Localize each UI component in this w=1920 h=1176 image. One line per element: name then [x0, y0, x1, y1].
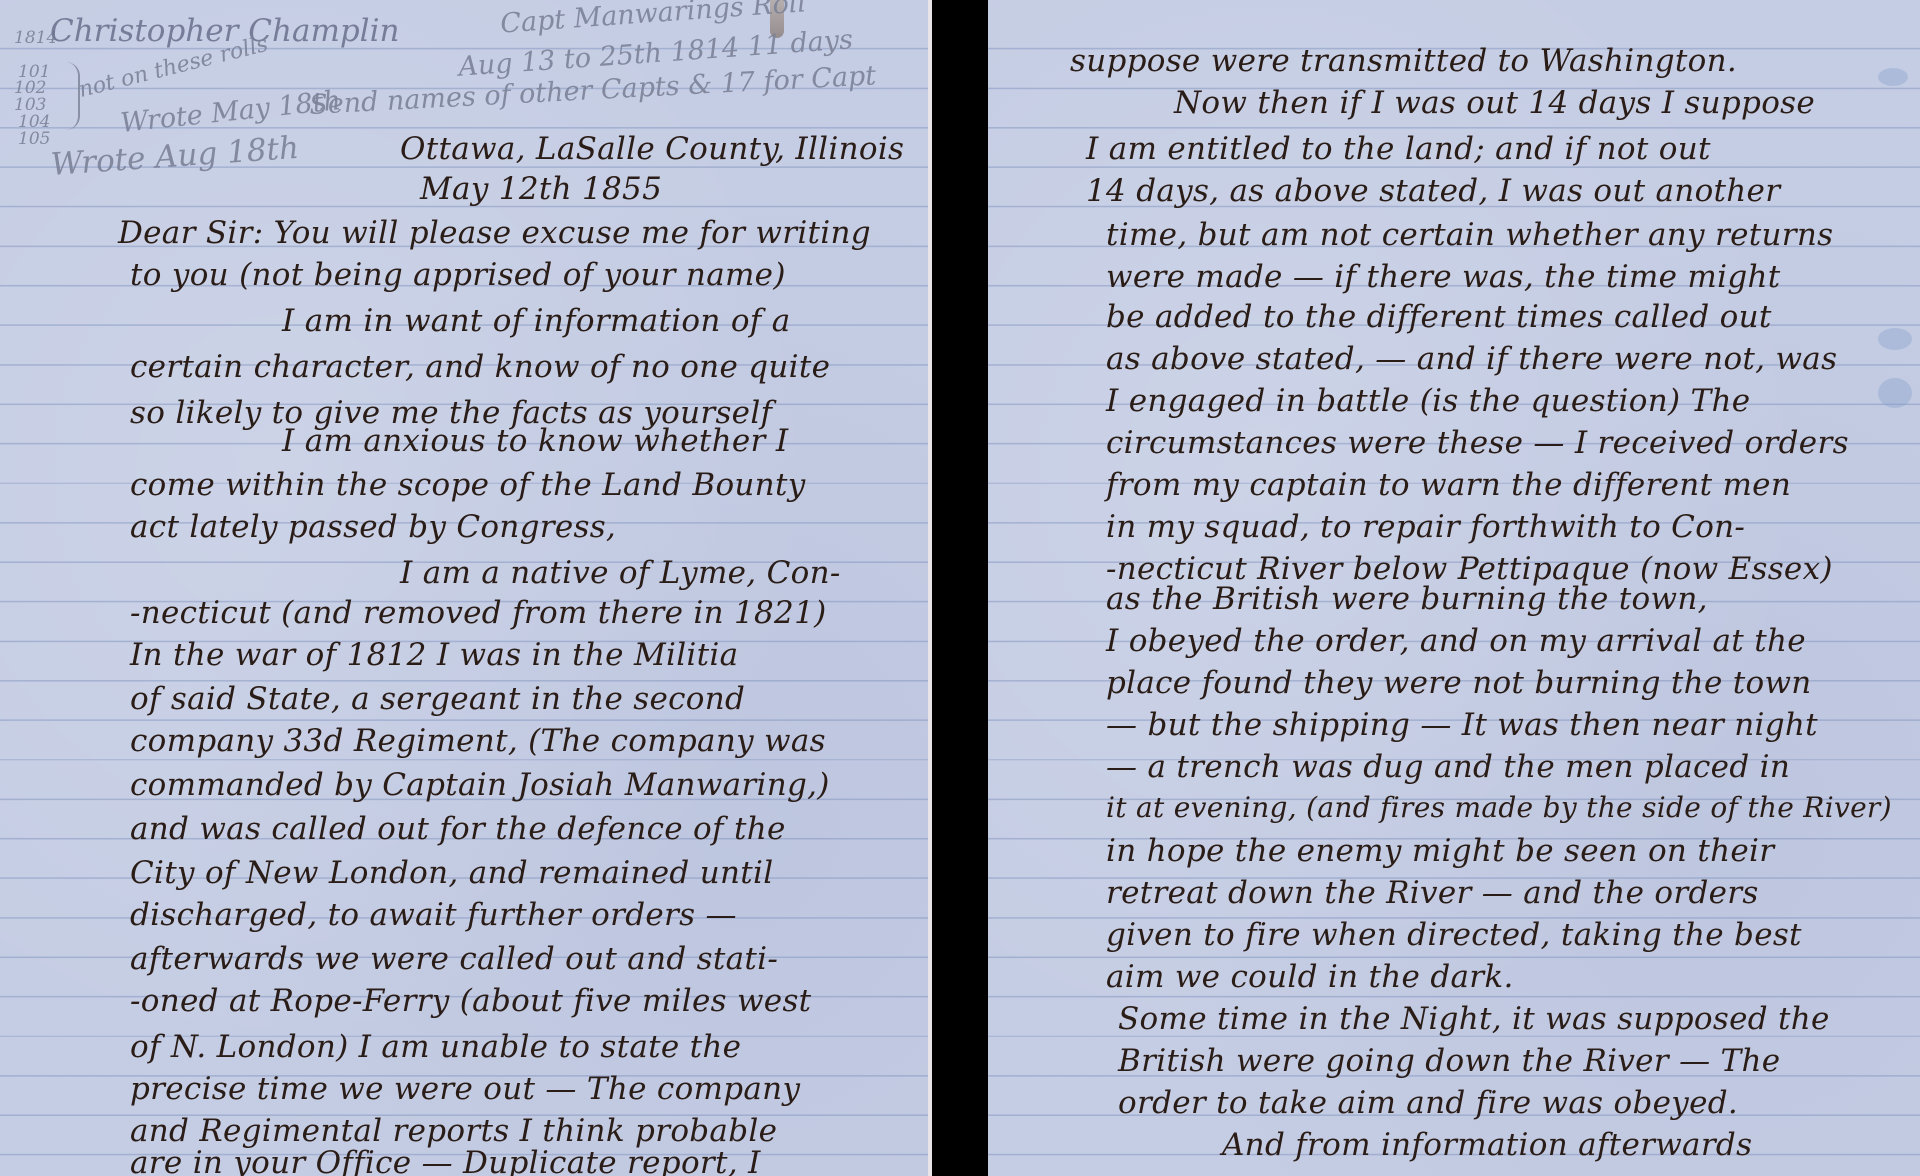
letter-line: were made — if there was, the time might: [1106, 262, 1781, 293]
letter-line: commanded by Captain Josiah Manwaring,): [130, 770, 830, 801]
pencil-brace: [66, 62, 80, 130]
letter-line: suppose were transmitted to Washington.: [1070, 46, 1737, 77]
letter-line: Some time in the Night, it was supposed …: [1118, 1004, 1830, 1035]
letter-line: order to take aim and fire was obeyed.: [1118, 1088, 1738, 1119]
letter-line: 14 days, as above stated, I was out anot…: [1086, 176, 1780, 207]
letter-line: come within the scope of the Land Bounty: [130, 470, 806, 501]
letter-line: discharged, to await further orders —: [130, 900, 737, 931]
letter-page-right: suppose were transmitted to Washington. …: [988, 0, 1920, 1176]
letter-line: circumstances were these — I received or…: [1106, 428, 1849, 459]
letter-line: — but the shipping — It was then near ni…: [1106, 710, 1818, 741]
letter-date: May 12th 1855: [420, 174, 662, 205]
water-stain: [1878, 378, 1912, 408]
letter-line: afterwards we were called out and stati-: [130, 944, 778, 975]
letter-line: company 33d Regiment, (The company was: [130, 726, 826, 757]
letter-line: I obeyed the order, and on my arrival at…: [1106, 626, 1806, 657]
letter-line: as above stated, — and if there were not…: [1106, 344, 1837, 375]
letter-line: British were going down the River — The: [1118, 1046, 1780, 1077]
letter-line: And from information afterwards: [1222, 1130, 1752, 1161]
letter-line: retreat down the River — and the orders: [1106, 878, 1759, 909]
letter-line: it at evening, (and fires made by the si…: [1106, 794, 1892, 822]
letter-line: and Regimental reports I think probable: [130, 1116, 777, 1147]
letter-line: in my squad, to repair forthwith to Con-: [1106, 512, 1745, 543]
letter-line: from my captain to warn the different me…: [1106, 470, 1791, 501]
letter-line: Now then if I was out 14 days I suppose: [1174, 88, 1815, 119]
letter-line: in hope the enemy might be seen on their: [1106, 836, 1774, 867]
letter-place: Ottawa, LaSalle County, Illinois: [400, 134, 904, 165]
letter-line: aim we could in the dark.: [1106, 962, 1514, 993]
letter-line: City of New London, and remained until: [130, 858, 773, 889]
letter-line: In the war of 1812 I was in the Militia: [130, 640, 738, 671]
letter-line: certain character, and know of no one qu…: [130, 352, 830, 383]
letter-line: I am a native of Lyme, Con-: [400, 558, 841, 589]
letter-line: are in your Office — Duplicate report, I: [130, 1148, 761, 1176]
letter-line: I am anxious to know whether I: [282, 426, 788, 457]
pencil-wrote-aug: Wrote Aug 18th: [50, 133, 300, 181]
water-stain: [1878, 68, 1908, 86]
letter-line: act lately passed by Congress,: [130, 512, 616, 543]
letter-line: and was called out for the defence of th…: [130, 814, 786, 845]
letter-line: of N. London) I am unable to state the: [130, 1032, 741, 1063]
page-divider: [932, 0, 988, 1176]
letter-line: precise time we were out — The company: [130, 1074, 800, 1105]
letter-line: place found they were not burning the to…: [1106, 668, 1812, 699]
letter-line: of said State, a sergeant in the second: [130, 684, 745, 715]
letter-page-left: 1814 Christopher Champlin 101 102 103 10…: [0, 0, 932, 1176]
letter-line: I engaged in battle (is the question) Th…: [1106, 386, 1750, 417]
letter-line: be added to the different times called o…: [1106, 302, 1772, 333]
letter-line: Dear Sir: You will please excuse me for …: [118, 218, 871, 249]
letter-line: time, but am not certain whether any ret…: [1106, 220, 1833, 251]
letter-line: given to fire when directed, taking the …: [1106, 920, 1802, 951]
roll-number: 105: [18, 131, 50, 148]
letter-line: — a trench was dug and the men placed in: [1106, 752, 1790, 783]
letter-line: -necticut (and removed from there in 182…: [130, 598, 827, 629]
water-stain: [1878, 328, 1912, 350]
letter-line: -oned at Rope-Ferry (about five miles we…: [130, 986, 811, 1017]
letter-line: I am in want of information of a: [282, 306, 791, 337]
letter-line: to you (not being apprised of your name): [130, 260, 786, 291]
letter-line: I am entitled to the land; and if not ou…: [1086, 134, 1711, 165]
letter-line: as the British were burning the town,: [1106, 584, 1708, 615]
